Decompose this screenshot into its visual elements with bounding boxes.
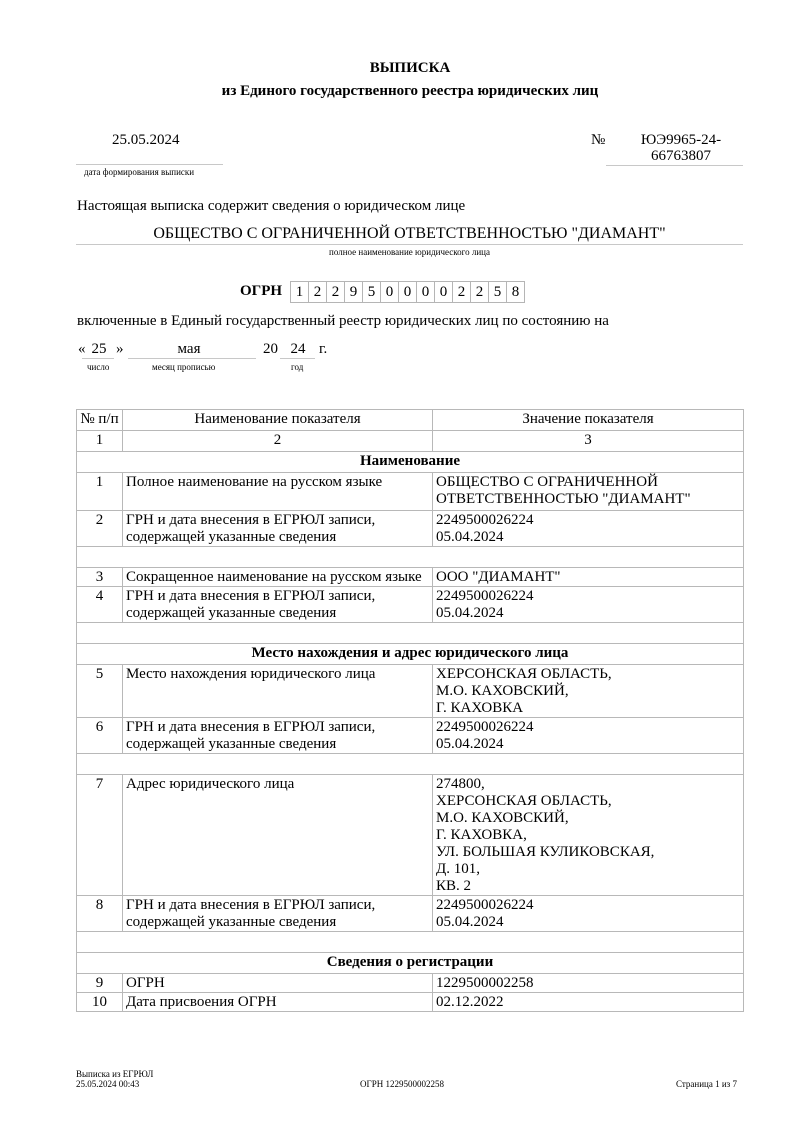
value-line: 02.12.2022	[436, 994, 740, 1011]
column-number: 1	[77, 431, 123, 452]
table-row: 1 Полное наименование на русском языке О…	[77, 473, 744, 511]
row-value: 274800, ХЕРСОНСКАЯ ОБЛАСТЬ, М.О. КАХОВСК…	[433, 775, 744, 896]
value-line: 1229500002258	[436, 975, 740, 992]
formation-date: 25.05.2024	[112, 132, 180, 149]
row-number: 6	[77, 718, 123, 754]
row-value: 2249500026224 05.04.2024	[433, 896, 744, 932]
ogrn-digit: 8	[506, 281, 525, 303]
row-name: ГРН и дата внесения в ЕГРЮЛ записи, соде…	[123, 896, 433, 932]
value-line: Г. КАХОВКА,	[436, 827, 740, 844]
value-line: 05.04.2024	[436, 605, 740, 622]
value-line: 2249500026224	[436, 588, 740, 605]
section-title: Место нахождения и адрес юридического ли…	[77, 644, 744, 665]
row-value: ООО "ДИАМАНТ"	[433, 568, 744, 587]
table-row: 6 ГРН и дата внесения в ЕГРЮЛ записи, со…	[77, 718, 744, 754]
row-name: Полное наименование на русском языке	[123, 473, 433, 511]
ogrn-digit: 1	[290, 281, 309, 303]
row-value: 2249500026224 05.04.2024	[433, 511, 744, 547]
year-underline	[280, 358, 315, 359]
value-line: ООО "ДИАМАНТ"	[436, 569, 740, 586]
intro-text: Настоящая выписка содержит сведения о юр…	[77, 198, 465, 215]
row-name: Дата присвоения ОГРН	[123, 993, 433, 1012]
company-name-underline	[76, 244, 743, 245]
row-name: ГРН и дата внесения в ЕГРЮЛ записи, соде…	[123, 718, 433, 754]
egrul-table: № п/п Наименование показателя Значение п…	[76, 409, 744, 1012]
value-line: М.О. КАХОВСКИЙ,	[436, 683, 740, 700]
value-line: 05.04.2024	[436, 736, 740, 753]
month-underline	[128, 358, 256, 359]
row-number: 8	[77, 896, 123, 932]
value-line: 2249500026224	[436, 719, 740, 736]
row-value: ОБЩЕСТВО С ОГРАНИЧЕННОЙ ОТВЕТСТВЕННОСТЬЮ…	[433, 473, 744, 511]
value-line: ОБЩЕСТВО С ОГРАНИЧЕННОЙ	[436, 474, 740, 491]
header-indicator-name: Наименование показателя	[123, 410, 433, 431]
row-value: ХЕРСОНСКАЯ ОБЛАСТЬ, М.О. КАХОВСКИЙ, Г. К…	[433, 665, 744, 718]
header-number: № п/п	[77, 410, 123, 431]
ogrn-label: ОГРН	[240, 283, 282, 300]
spacer-cell	[77, 932, 744, 953]
row-number: 5	[77, 665, 123, 718]
value-line: 274800,	[436, 776, 740, 793]
ogrn-digit: 2	[470, 281, 489, 303]
row-number: 2	[77, 511, 123, 547]
day-underline	[82, 358, 114, 359]
ogrn-digit: 5	[488, 281, 507, 303]
row-value: 2249500026224 05.04.2024	[433, 718, 744, 754]
value-line: 05.04.2024	[436, 529, 740, 546]
ogrn-digit: 2	[326, 281, 345, 303]
included-text: включенные в Единый государственный реес…	[77, 313, 609, 330]
document-title: ВЫПИСКА	[0, 60, 800, 77]
row-value: 02.12.2022	[433, 993, 744, 1012]
section-title: Сведения о регистрации	[77, 953, 744, 974]
footer-doc-name: Выписка из ЕГРЮЛ	[76, 1069, 153, 1079]
row-name: ГРН и дата внесения в ЕГРЮЛ записи, соде…	[123, 587, 433, 623]
row-number: 7	[77, 775, 123, 896]
footer-page-number: Страница 1 из 7	[676, 1079, 737, 1089]
column-number: 3	[433, 431, 744, 452]
number-sign: №	[591, 132, 605, 149]
row-number: 4	[77, 587, 123, 623]
as-of-month: мая	[130, 341, 248, 358]
value-line: КВ. 2	[436, 878, 740, 895]
table-row: 9 ОГРН 1229500002258	[77, 974, 744, 993]
year-caption: год	[291, 362, 303, 372]
ogrn-digit: 0	[416, 281, 435, 303]
column-number: 2	[123, 431, 433, 452]
spacer-cell	[77, 623, 744, 644]
row-name: Сокращенное наименование на русском язык…	[123, 568, 433, 587]
value-line: ХЕРСОНСКАЯ ОБЛАСТЬ,	[436, 666, 740, 683]
row-number: 3	[77, 568, 123, 587]
value-line: ОТВЕТСТВЕННОСТЬЮ "ДИАМАНТ"	[436, 491, 740, 508]
spacer-row	[77, 547, 744, 568]
quote-open: «	[78, 341, 86, 358]
as-of-year: 24	[283, 341, 313, 358]
table-row: 8 ГРН и дата внесения в ЕГРЮЛ записи, со…	[77, 896, 744, 932]
spacer-row	[77, 932, 744, 953]
year-suffix: г.	[319, 341, 327, 358]
ogrn-digit: 0	[380, 281, 399, 303]
company-full-name: ОБЩЕСТВО С ОГРАНИЧЕННОЙ ОТВЕТСТВЕННОСТЬЮ…	[76, 225, 743, 243]
as-of-century: 20	[263, 341, 278, 358]
row-name: ГРН и дата внесения в ЕГРЮЛ записи, соде…	[123, 511, 433, 547]
company-name-caption: полное наименование юридического лица	[76, 247, 743, 257]
table-header-row: № п/п Наименование показателя Значение п…	[77, 410, 744, 431]
ogrn-digit: 0	[434, 281, 453, 303]
ogrn-digit: 0	[398, 281, 417, 303]
extract-number-underline	[606, 165, 743, 166]
month-caption: месяц прописью	[152, 362, 215, 372]
row-number: 1	[77, 473, 123, 511]
spacer-row	[77, 754, 744, 775]
table-row: 3 Сокращенное наименование на русском яз…	[77, 568, 744, 587]
section-header: Наименование	[77, 452, 744, 473]
ogrn-digit: 5	[362, 281, 381, 303]
spacer-cell	[77, 754, 744, 775]
footer-timestamp: 25.05.2024 00:43	[76, 1079, 153, 1089]
spacer-cell	[77, 547, 744, 568]
table-row: 10 Дата присвоения ОГРН 02.12.2022	[77, 993, 744, 1012]
value-line: М.О. КАХОВСКИЙ,	[436, 810, 740, 827]
row-value: 2249500026224 05.04.2024	[433, 587, 744, 623]
as-of-day: 25	[88, 341, 110, 358]
footer-ogrn: ОГРН 1229500002258	[360, 1079, 444, 1089]
value-line: Д. 101,	[436, 861, 740, 878]
footer-left: Выписка из ЕГРЮЛ 25.05.2024 00:43	[76, 1069, 153, 1089]
formation-date-underline	[76, 164, 223, 165]
extract-number: ЮЭ9965-24-66763807	[620, 132, 742, 164]
row-name: ОГРН	[123, 974, 433, 993]
value-line: Г. КАХОВКА	[436, 700, 740, 717]
ogrn-digit: 2	[308, 281, 327, 303]
table-row: 4 ГРН и дата внесения в ЕГРЮЛ записи, со…	[77, 587, 744, 623]
ogrn-digit-boxes: 1 2 2 9 5 0 0 0 0 2 2 5 8	[291, 281, 525, 303]
table-row: 7 Адрес юридического лица 274800, ХЕРСОН…	[77, 775, 744, 896]
spacer-row	[77, 623, 744, 644]
section-header: Место нахождения и адрес юридического ли…	[77, 644, 744, 665]
quote-close: »	[116, 341, 124, 358]
value-line: УЛ. БОЛЬШАЯ КУЛИКОВСКАЯ,	[436, 844, 740, 861]
row-name: Место нахождения юридического лица	[123, 665, 433, 718]
day-caption: число	[87, 362, 109, 372]
value-line: 05.04.2024	[436, 914, 740, 931]
row-name: Адрес юридического лица	[123, 775, 433, 896]
ogrn-digit: 9	[344, 281, 363, 303]
header-indicator-value: Значение показателя	[433, 410, 744, 431]
section-title: Наименование	[77, 452, 744, 473]
value-line: 2249500026224	[436, 897, 740, 914]
value-line: 2249500026224	[436, 512, 740, 529]
table-row: 2 ГРН и дата внесения в ЕГРЮЛ записи, со…	[77, 511, 744, 547]
formation-date-caption: дата формирования выписки	[84, 167, 194, 177]
row-number: 9	[77, 974, 123, 993]
ogrn-digit: 2	[452, 281, 471, 303]
section-header: Сведения о регистрации	[77, 953, 744, 974]
column-number-row: 1 2 3	[77, 431, 744, 452]
row-value: 1229500002258	[433, 974, 744, 993]
table-row: 5 Место нахождения юридического лица ХЕР…	[77, 665, 744, 718]
document-subtitle: из Единого государственного реестра юрид…	[0, 83, 800, 100]
value-line: ХЕРСОНСКАЯ ОБЛАСТЬ,	[436, 793, 740, 810]
row-number: 10	[77, 993, 123, 1012]
